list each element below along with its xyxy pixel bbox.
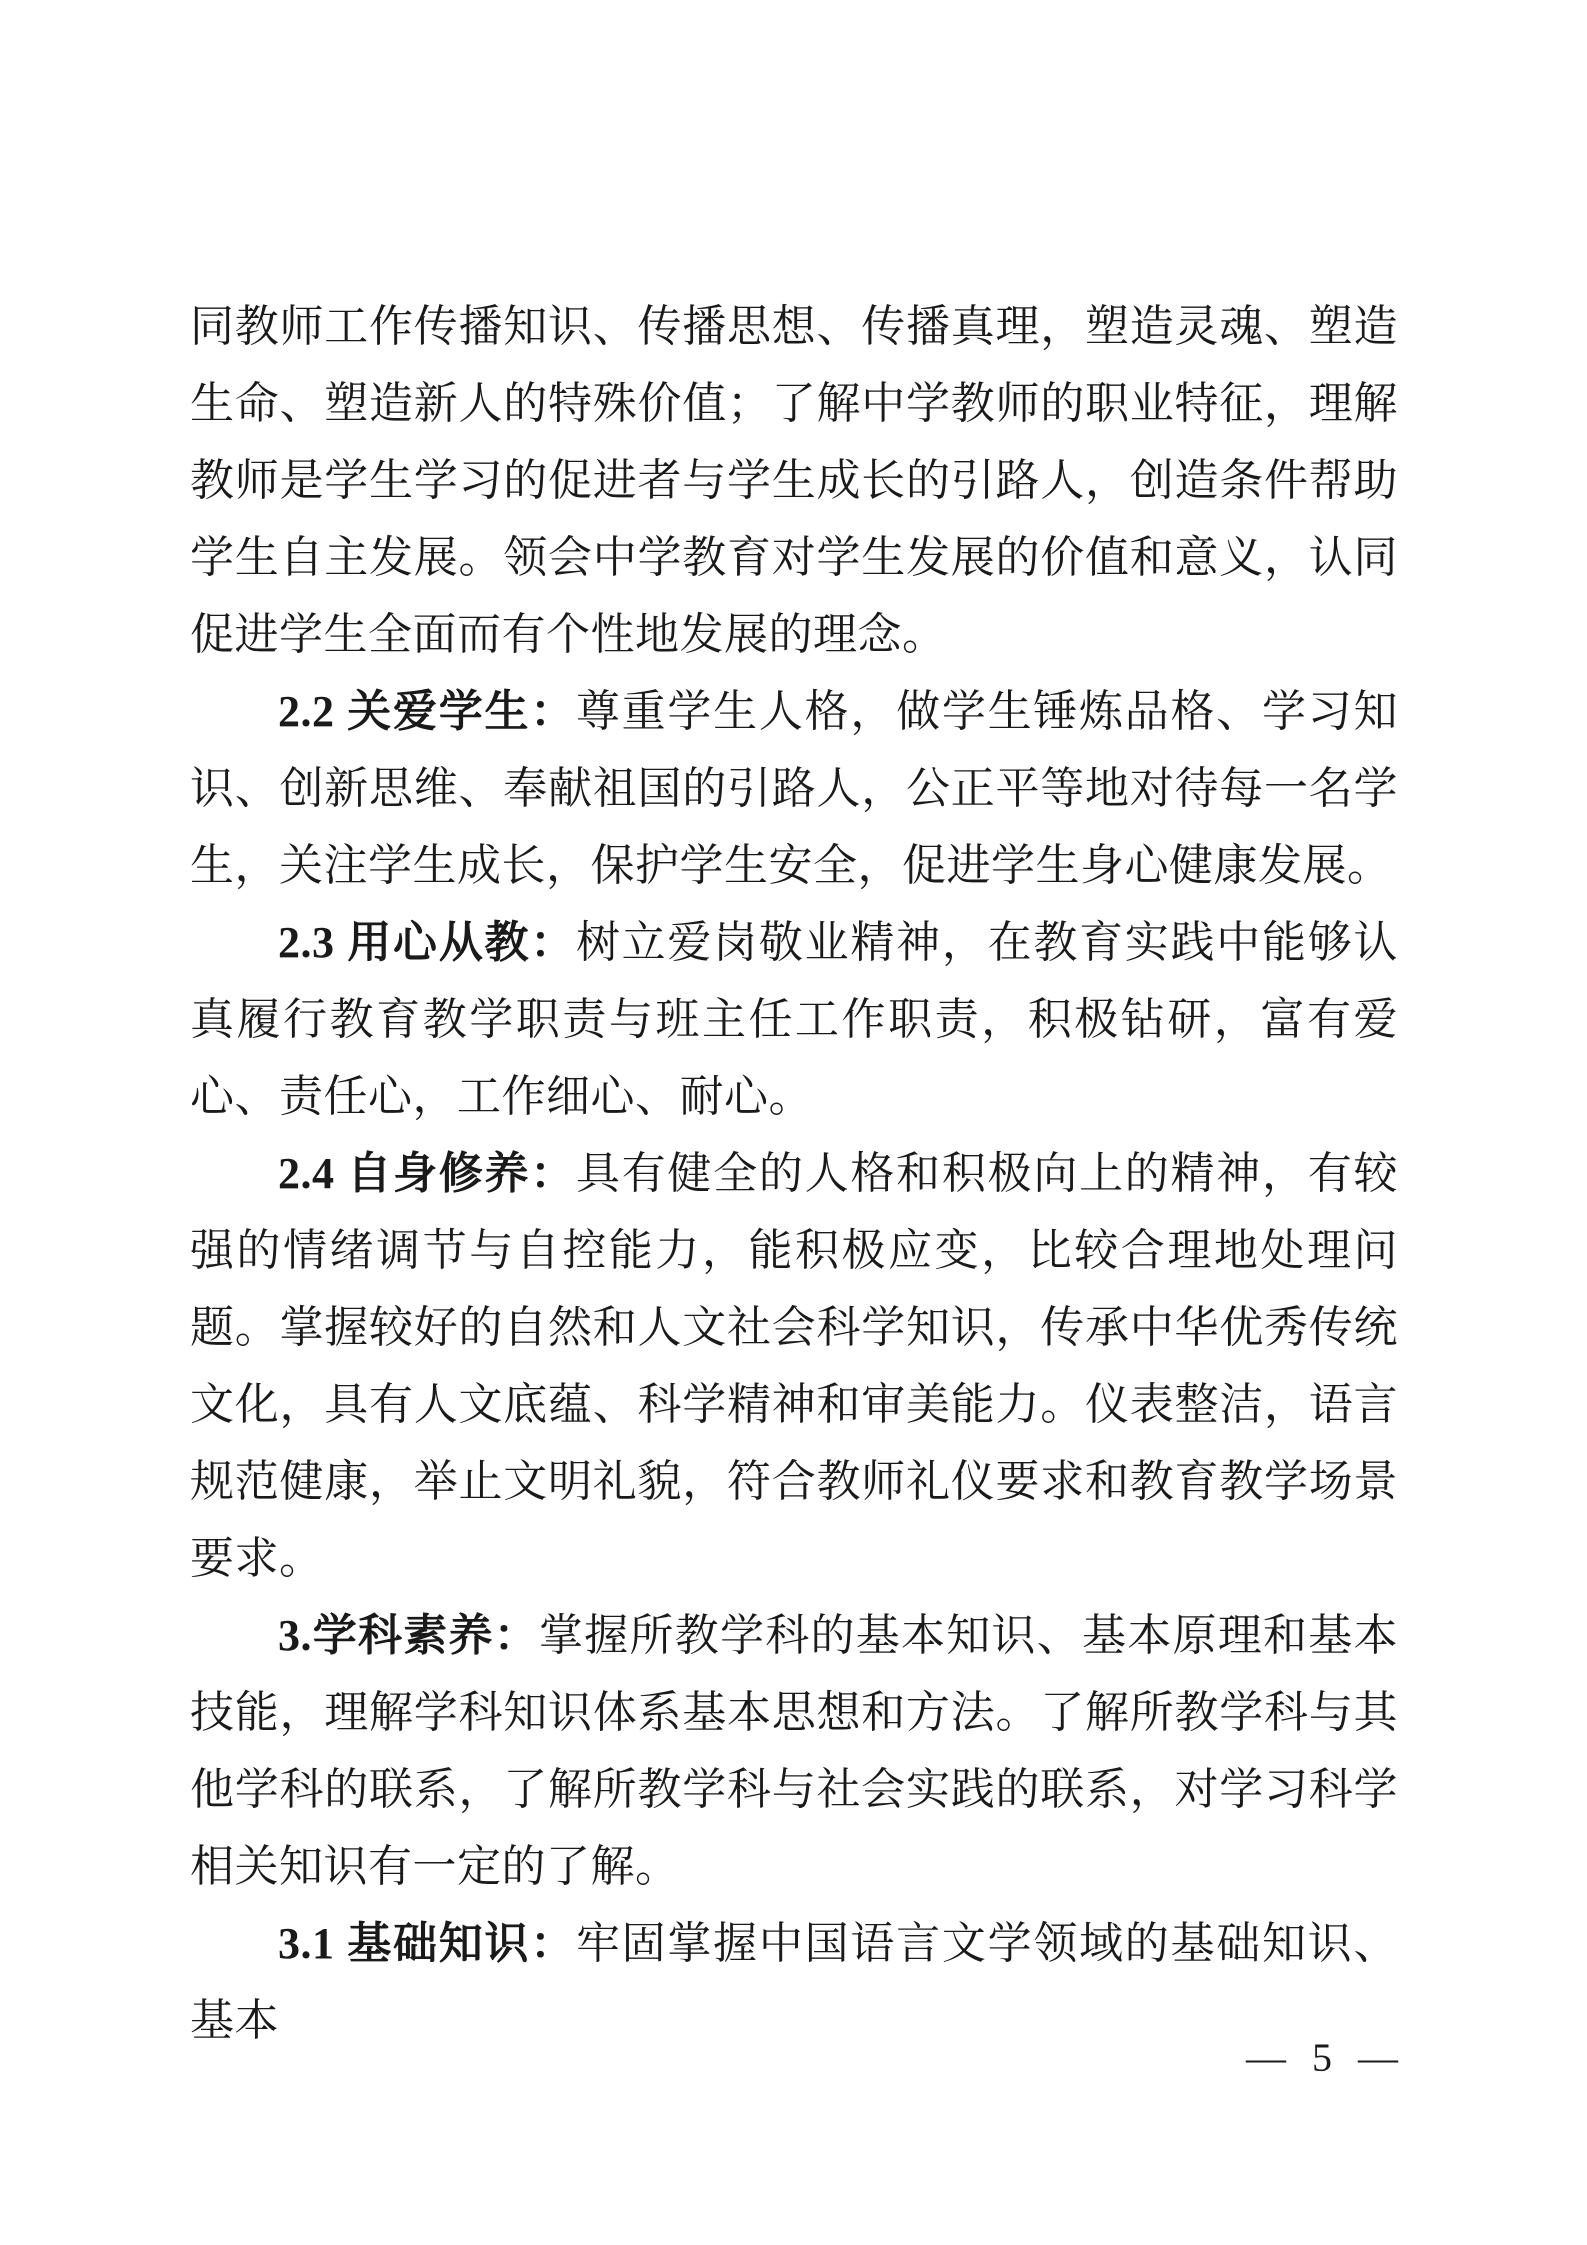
paragraph: 2.2 关爱学生：尊重学生人格，做学生锤炼品格、学习知识、创新思维、奉献祖国的引…	[190, 673, 1398, 904]
paragraph-heading: 3.学科素养：	[278, 1611, 539, 1660]
paragraph: 2.4 自身修养：具有健全的人格和积极向上的精神，有较强的情绪调节与自控能力，能…	[190, 1135, 1398, 1597]
paragraph-text: 同教师工作传播知识、传播思想、传播真理，塑造灵魂、塑造生命、塑造新人的特殊价值；…	[190, 302, 1398, 659]
page-footer: — 5 —	[1246, 2030, 1398, 2086]
paragraph-heading: 3.1 基础知识：	[278, 1919, 576, 1968]
paragraph-heading: 2.2 关爱学生：	[278, 687, 576, 736]
paragraph: 3.学科素养：掌握所教学科的基本知识、基本原理和基本技能，理解学科知识体系基本思…	[190, 1597, 1398, 1905]
paragraph: 2.3 用心从教：树立爱岗敬业精神，在教育实践中能够认真履行教育教学职责与班主任…	[190, 904, 1398, 1135]
footer-dash-right: —	[1358, 2030, 1398, 2086]
paragraph-text: 具有健全的人格和积极向上的精神，有较强的情绪调节与自控能力，能积极应变，比较合理…	[190, 1149, 1398, 1583]
paragraph: 同教师工作传播知识、传播思想、传播真理，塑造灵魂、塑造生命、塑造新人的特殊价值；…	[190, 288, 1398, 673]
paragraph-heading: 2.4 自身修养：	[278, 1149, 576, 1198]
footer-dash-left: —	[1246, 2030, 1286, 2086]
paragraph: 3.1 基础知识：牢固掌握中国语言文学领域的基础知识、基本	[190, 1905, 1398, 2059]
page-number: 5	[1312, 2030, 1332, 2086]
paragraph-heading: 2.3 用心从教：	[278, 918, 576, 967]
document-page: 同教师工作传播知识、传播思想、传播真理，塑造灵魂、塑造生命、塑造新人的特殊价值；…	[0, 0, 1587, 2245]
document-body: 同教师工作传播知识、传播思想、传播真理，塑造灵魂、塑造生命、塑造新人的特殊价值；…	[190, 288, 1398, 2059]
